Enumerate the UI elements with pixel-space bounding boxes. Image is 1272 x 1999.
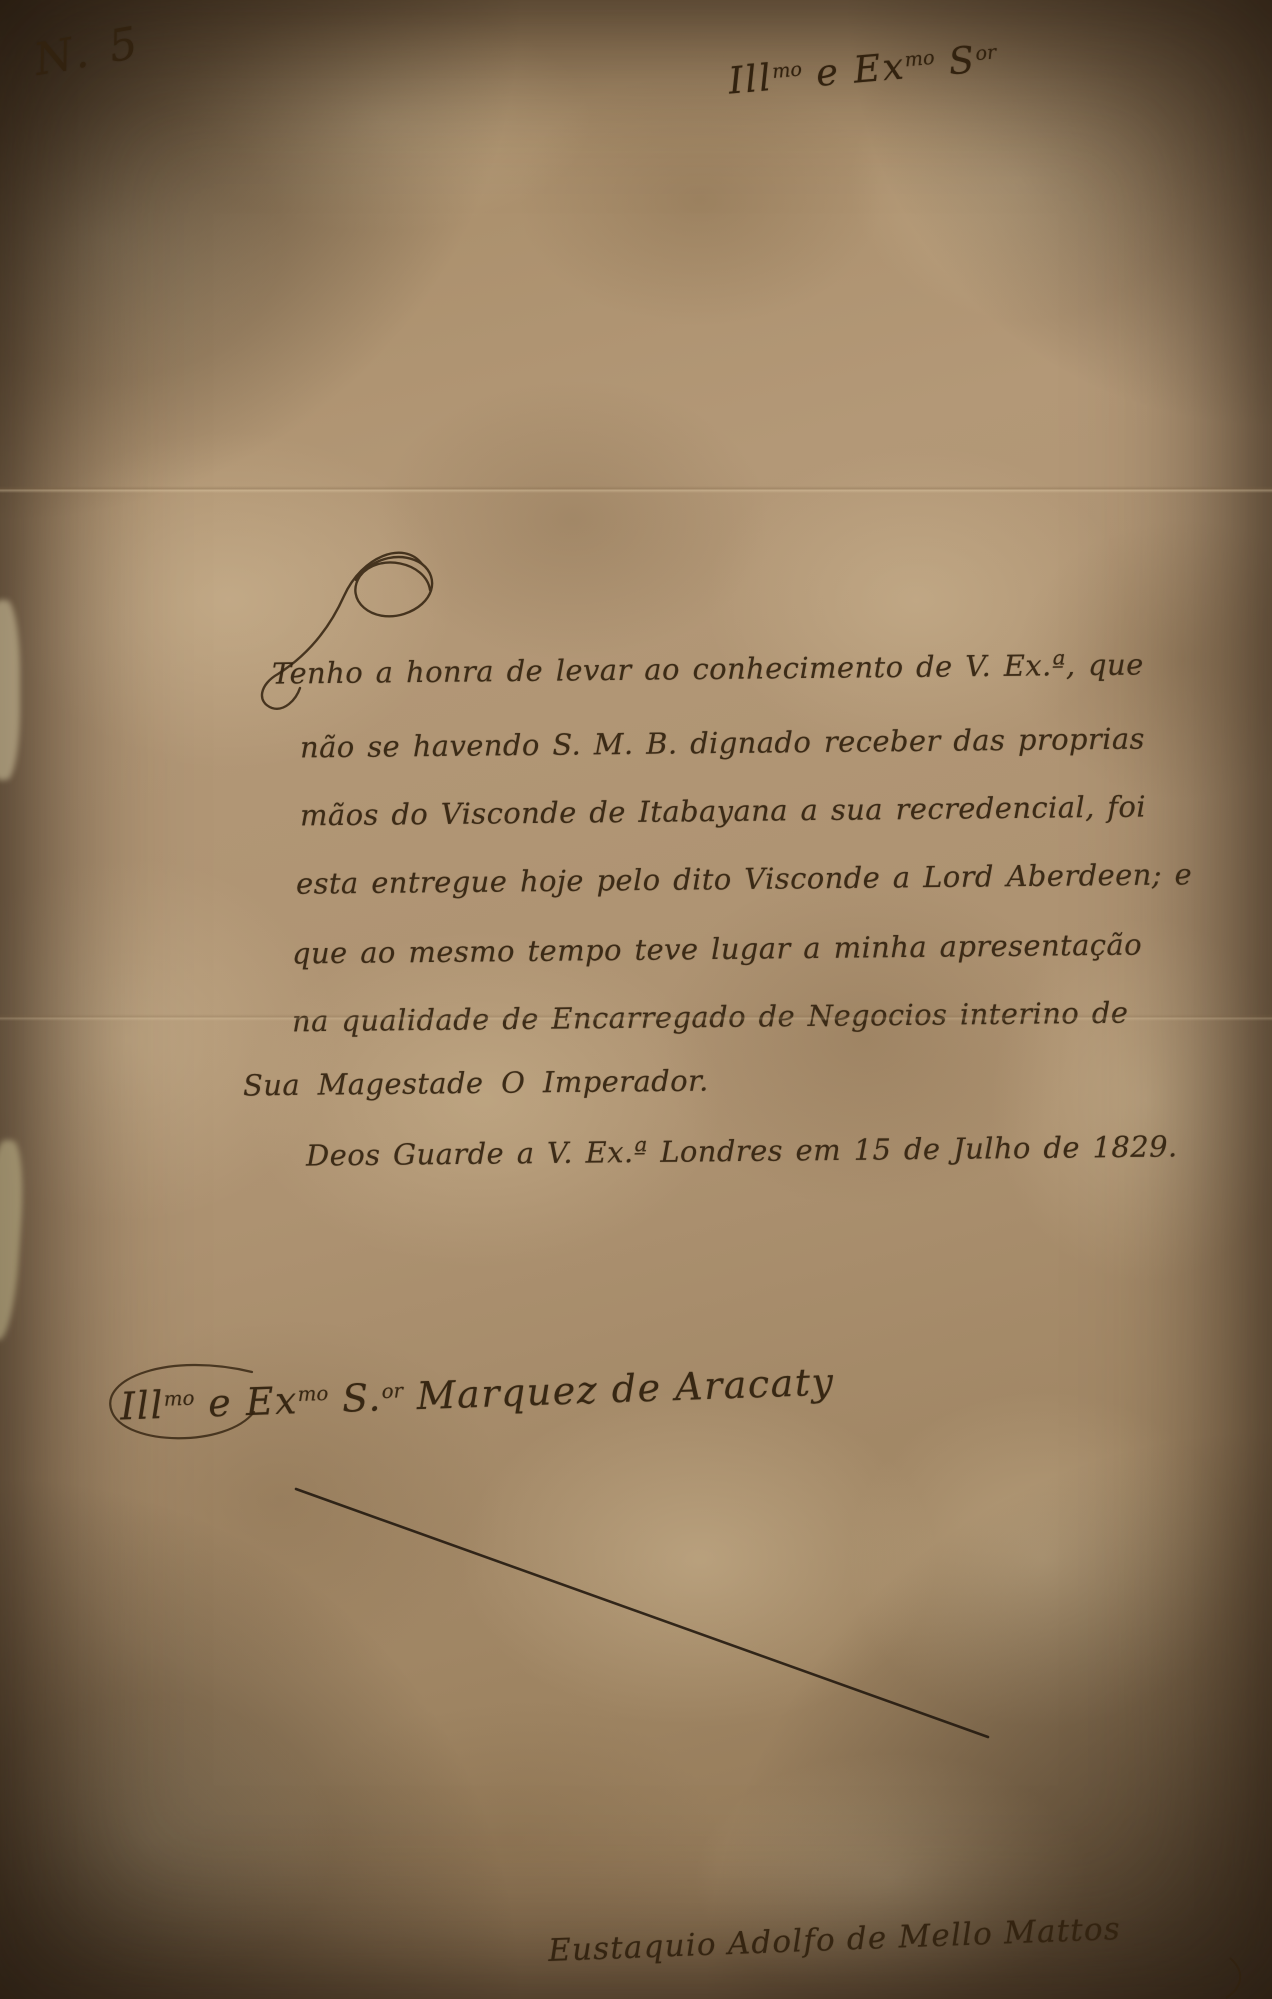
header-salutation: Illmo e Exmo Sor: [727, 36, 999, 102]
addressee-senhor: S.: [328, 1375, 383, 1421]
body-line: Tenho a honra de levar ao conhecimento d…: [272, 647, 1144, 690]
body-line: na qualidade de Encarregado de Negocios …: [292, 996, 1129, 1039]
salutation-senhor-sup: or: [974, 40, 997, 65]
addressee-line: Illmo e Exmo S.or Marquez de Aracaty: [119, 1360, 835, 1429]
salutation-senhor: S: [933, 38, 978, 84]
addressee-ex: e Ex: [194, 1378, 299, 1426]
body-line: Deos Guarde a V. Ex.ª Londres em 15 de J…: [306, 1129, 1178, 1172]
pen-stroke-line: [296, 1489, 988, 1737]
fold-crease: [0, 486, 1272, 493]
body-line: esta entregue hoje pelo dito Visconde a …: [296, 857, 1192, 900]
addressee-ex-sup: mo: [297, 1382, 328, 1406]
salutation-ill: Ill: [727, 56, 775, 103]
addressee-senhor-sup: or: [381, 1379, 403, 1403]
addressee-ill-sup: mo: [163, 1387, 194, 1411]
body-line: mãos do Visconde de Itabayana a sua recr…: [300, 790, 1146, 833]
salutation-ex-sup: mo: [904, 46, 936, 72]
signature: Eustaquio Adolfo de Mello Mattos: [548, 1911, 1122, 1969]
body-line: Sua Magestade O Imperador.: [243, 1064, 709, 1103]
salutation-ill-sup: mo: [771, 57, 803, 83]
addressee-name: Marquez de Aracaty: [402, 1360, 835, 1419]
salutation-ex: e Ex: [800, 44, 907, 96]
signature-tail-flourish: [1226, 1958, 1240, 1998]
body-line: não se havendo S. M. B. dignado receber …: [300, 722, 1145, 765]
addressee-ill: Ill: [119, 1383, 164, 1429]
doc-number: N. 5: [30, 17, 145, 86]
left-edge-damage: [0, 600, 20, 780]
bottom-left-edge-damage: [0, 1139, 27, 1341]
manuscript-page: N. 5 Illmo e Exmo Sor Tenho a honra de l…: [0, 0, 1272, 1999]
body-line: que ao mesmo tempo teve lugar a minha ap…: [292, 928, 1142, 971]
